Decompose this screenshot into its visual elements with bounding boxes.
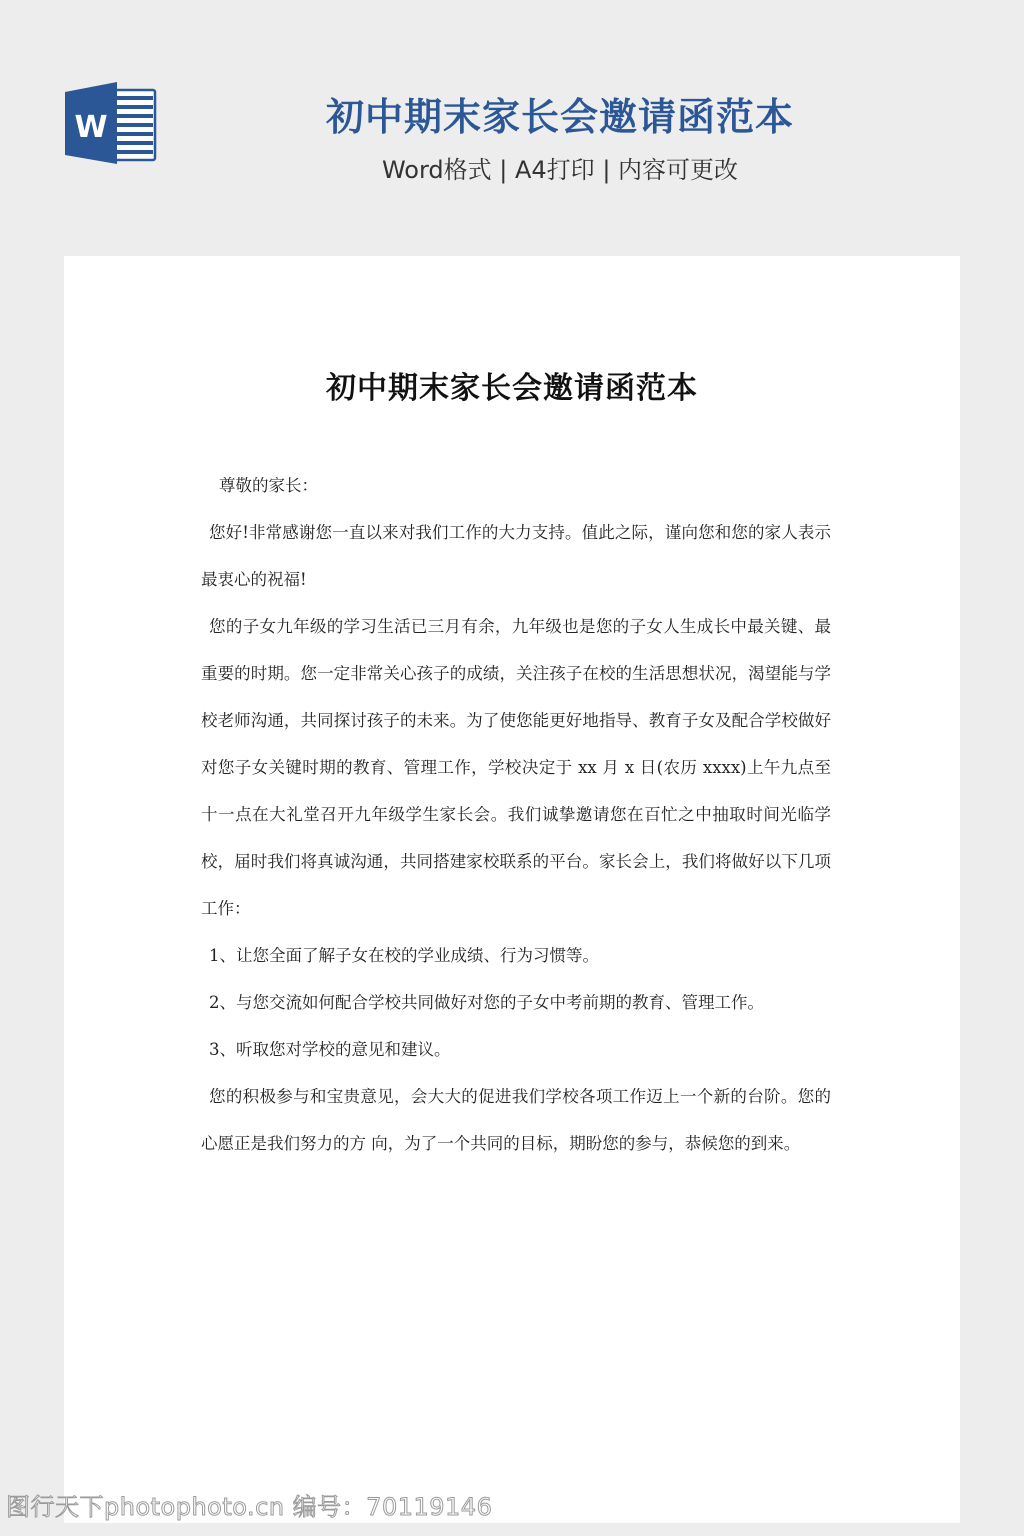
list-item-2: 2、与您交流如何配合学校共同做好对您的子女中考前期的教育、管理工作。 bbox=[201, 979, 831, 1026]
list-item-1: 1、让您全面了解子女在校的学业成绩、行为习惯等。 bbox=[201, 932, 831, 979]
document-page: 初中期末家长会邀请函范本 尊敬的家长： 您好!非常感谢您一直以来对我们工作的大力… bbox=[64, 256, 960, 1523]
document-body: 尊敬的家长： 您好!非常感谢您一直以来对我们工作的大力支持。值此之际，谨向您和您… bbox=[201, 462, 831, 1167]
paragraph-closing: 您的积极参与和宝贵意见，会大大的促进我们学校各项工作迈上一个新的台阶。您的心愿正… bbox=[201, 1073, 831, 1167]
svg-text:W: W bbox=[74, 110, 107, 145]
page-header: W 初中期末家长会邀请函范本 Word格式 | A4打印 | 内容可更改 bbox=[0, 0, 1024, 256]
watermark-text: 图行天下photophoto.cn 编号：70119146 bbox=[6, 1490, 492, 1524]
word-document-icon: W bbox=[65, 82, 157, 164]
paragraph-invitation: 您的子女九年级的学习生活已三月有余，九年级也是您的子女人生成长中最关键、最重要的… bbox=[201, 603, 831, 932]
list-item-3: 3、听取您对学校的意见和建议。 bbox=[201, 1026, 831, 1073]
paragraph-greeting: 您好!非常感谢您一直以来对我们工作的大力支持。值此之际，谨向您和您的家人表示最衷… bbox=[201, 509, 831, 603]
document-title: 初中期末家长会邀请函范本 bbox=[64, 364, 960, 414]
header-subtitle: Word格式 | A4打印 | 内容可更改 bbox=[300, 152, 820, 188]
header-title: 初中期末家长会邀请函范本 bbox=[300, 92, 820, 142]
salutation: 尊敬的家长： bbox=[201, 462, 831, 509]
